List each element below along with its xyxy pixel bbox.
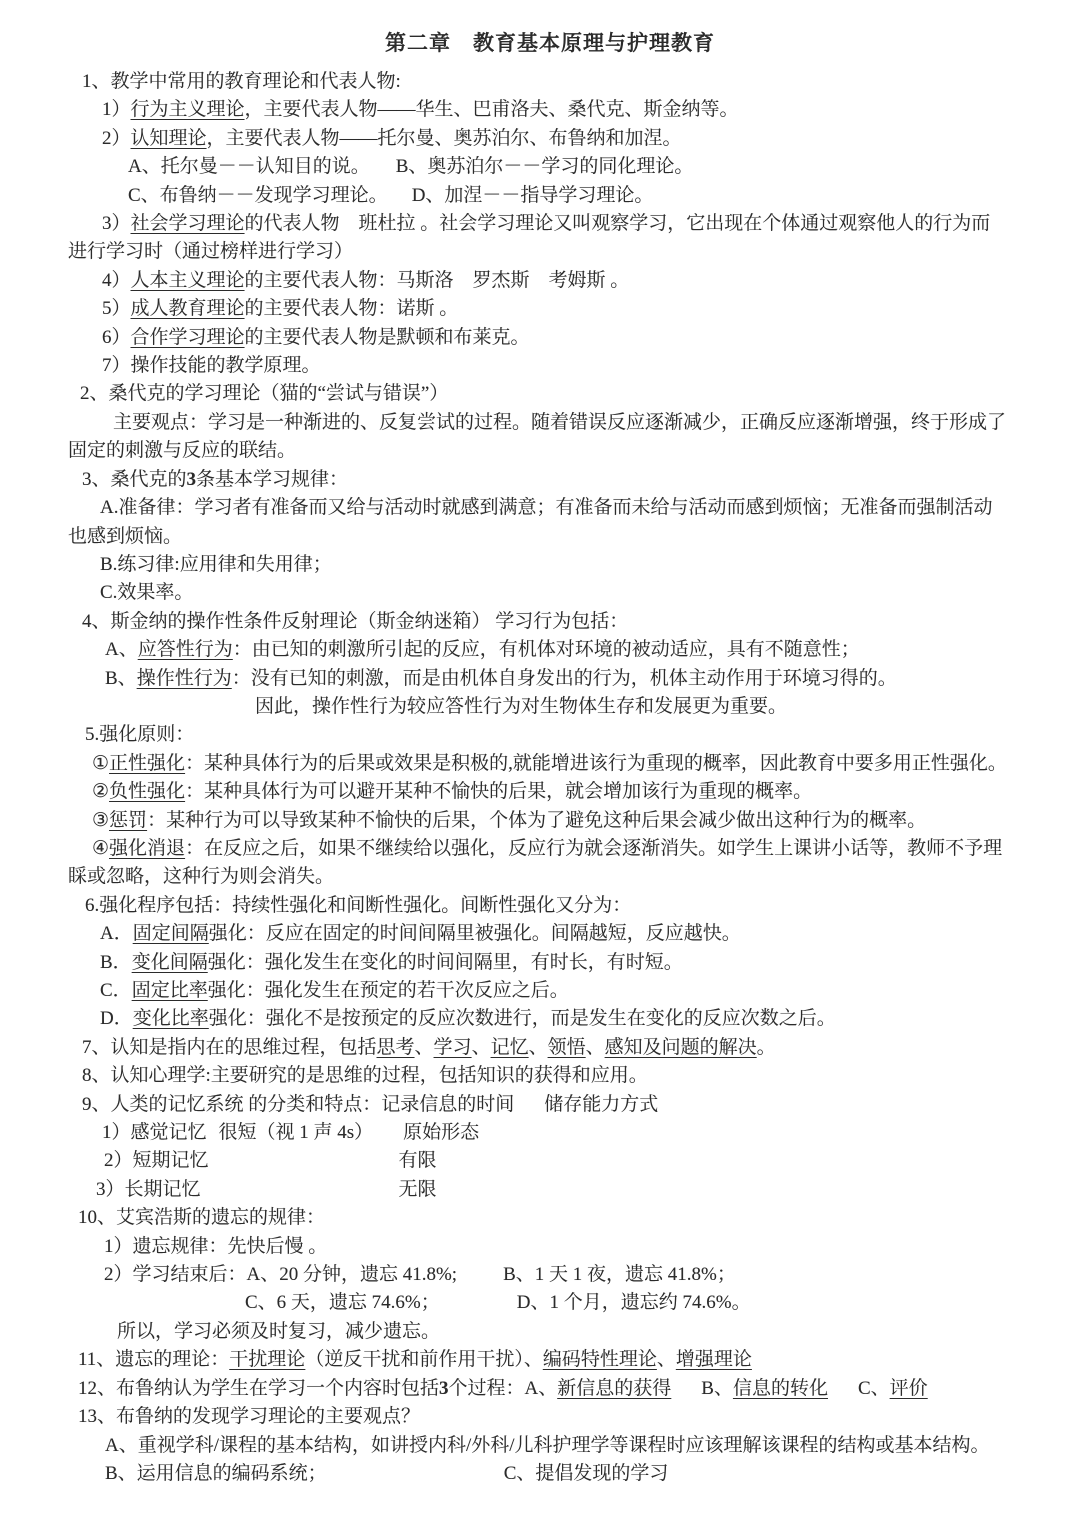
underlined-term: 评价: [890, 1375, 928, 1403]
text-segment: 睬或忽略，这种行为则会消失。: [68, 863, 334, 891]
text-segment: 所以，学习必须及时复习，减少遗忘。: [117, 1318, 440, 1346]
text-segment: 的主要代表人物：诺斯 。: [245, 295, 459, 323]
underlined-term: 思考: [377, 1034, 415, 1062]
text-segment: ，主要代表人物——托尔曼、奥苏泊尔、布鲁纳和加涅。: [207, 125, 682, 153]
underlined-term: 正性强化: [109, 750, 185, 778]
text-line: 睬或忽略，这种行为则会消失。: [68, 863, 1032, 891]
text-segment: B.练习律:应用律和失用律；: [100, 551, 332, 579]
text-segment: D、加涅－－指导学习理论。: [412, 182, 654, 210]
text-line: B、运用信息的编码系统；C、提倡发现的学习: [68, 1460, 1032, 1488]
text-line: 因此，操作性行为较应答性行为对生物体生存和发展更为重要。: [68, 693, 1032, 721]
underlined-term: 干扰理论: [229, 1346, 305, 1374]
underlined-term: 应答性行为: [138, 636, 233, 664]
text-segment: 12、布鲁纳认为学生在学习一个内容时包括: [78, 1375, 439, 1403]
text-segment: A．: [100, 920, 133, 948]
text-line: 3）长期记忆无限: [68, 1176, 1032, 1204]
text-line: 进行学习时（通过榜样进行学习）: [68, 238, 1032, 266]
underlined-term: 编码特性理论: [543, 1346, 657, 1374]
text-segment: 的主要代表人物是默顿和布莱克。: [245, 324, 530, 352]
text-line: C、布鲁纳－－发现学习理论。D、加涅－－指导学习理论。: [68, 182, 1032, 210]
text-segment: 、: [415, 1034, 434, 1062]
text-segment: ：由已知的刺激所引起的反应，有机体对环境的被动适应，具有不随意性；: [233, 636, 860, 664]
underlined-term: 惩罚: [109, 807, 147, 835]
text-segment: 原始形态: [403, 1119, 479, 1147]
text-line: A．固定间隔强化：反应在固定的时间间隔里被强化。间隔越短，反应越快。: [68, 920, 1032, 948]
text-line: C．固定比率强化：强化发生在预定的若干次反应之后。: [68, 977, 1032, 1005]
text-segment: A、重视学科/课程的基本结构，如讲授内科/外科/儿科护理学等课程时应该理解该课程…: [105, 1432, 990, 1460]
text-line: 1、教学中常用的教育理论和代表人物:: [68, 68, 1032, 96]
underlined-term: 强化消退: [109, 835, 185, 863]
text-segment: 4）: [102, 267, 131, 295]
text-line: 2）短期记忆有限: [68, 1147, 1032, 1175]
text-segment: ，主要代表人物——华生、巴甫洛夫、桑代克、斯金纳等。: [245, 96, 739, 124]
text-segment: 5.强化原则：: [85, 721, 194, 749]
text-line: 2）学习结束后：A、20 分钟，遗忘 41.8%;B、1 天 1 夜，遗忘 41…: [68, 1261, 1032, 1289]
text-line: 9、人类的记忆系统 的分类和特点：记录信息的时间储存能力方式: [68, 1091, 1032, 1119]
text-segment: 、: [472, 1034, 491, 1062]
text-line: 1）遗忘规律：先快后慢 。: [68, 1233, 1032, 1261]
text-segment: 8、认知心理学:主要研究的是思维的过程，包括知识的获得和应用。: [82, 1062, 648, 1090]
text-line: 也感到烦恼。: [68, 523, 1032, 551]
text-segment: 1）: [102, 96, 131, 124]
underlined-term: 操作性行为: [137, 665, 232, 693]
text-segment: B．: [100, 949, 132, 977]
text-line: 13、布鲁纳的发现学习理论的主要观点？: [68, 1403, 1032, 1431]
text-line: 6）合作学习理论的主要代表人物是默顿和布莱克。: [68, 324, 1032, 352]
text-line: C.效果率。: [68, 579, 1032, 607]
underlined-term: 社会学习理论: [131, 210, 245, 238]
text-segment: 3: [439, 1375, 449, 1403]
text-segment: 2、桑代克的学习理论（猫的“尝试与错误”）: [80, 380, 448, 408]
text-segment: 4、斯金纳的操作性条件反射理论（斯金纳迷箱） 学习行为包括：: [82, 608, 628, 636]
text-segment: 强化：强化发生在变化的时间间隔里，有时长，有时短。: [208, 949, 683, 977]
text-segment: ：没有已知的刺激，而是由机体自身发出的行为，机体主动作用于环境习得的。: [232, 665, 897, 693]
underlined-term: 变化间隔: [132, 949, 208, 977]
text-segment: 主要观点：学习是一种渐进的、反复尝试的过程。随着错误反应逐渐减少，正确反应逐渐增…: [113, 409, 1006, 437]
text-segment: 3、桑代克的: [82, 466, 187, 494]
text-segment: C、提倡发现的学习: [504, 1460, 669, 1488]
text-line: 固定的刺激与反应的联结。: [68, 437, 1032, 465]
text-segment: A.准备律：学习者有准备而又给与活动时就感到满意；有准备而未给与活动而感到烦恼；…: [100, 494, 992, 522]
text-line: ②负性强化：某种具体行为可以避开某种不愉快的后果，就会增加该行为重现的概率。: [68, 778, 1032, 806]
text-segment: 7、认知是指内在的思维过程，包括: [82, 1034, 377, 1062]
text-segment: 很短（视 1 声 4s）: [219, 1119, 374, 1147]
underlined-term: 行为主义理论: [131, 96, 245, 124]
text-segment: 的代表人物 班杜拉 。社会学习理论又叫观察学习，它出现在个体通过观察他人的行为而: [245, 210, 991, 238]
text-segment: 2）短期记忆: [104, 1147, 209, 1175]
underlined-term: 增强理论: [676, 1346, 752, 1374]
text-segment: ④: [92, 835, 109, 863]
underlined-term: 认知理论: [131, 125, 207, 153]
text-segment: ：在反应之后，如果不继续给以强化，反应行为就会逐渐消失。如学生上课讲小话等，教师…: [185, 835, 1002, 863]
underlined-term: 固定间隔: [133, 920, 209, 948]
chapter-title: 第二章 教育基本原理与护理教育: [68, 26, 1032, 60]
text-line: 3、桑代克的 3 条基本学习规律：: [68, 466, 1032, 494]
text-line: 11、遗忘的理论：干扰理论（逆反干扰和前作用干扰）、编码特性理论、增强理论: [68, 1346, 1032, 1374]
text-line: 所以，学习必须及时复习，减少遗忘。: [68, 1318, 1032, 1346]
text-segment: 有限: [399, 1147, 437, 1175]
text-line: 4、斯金纳的操作性条件反射理论（斯金纳迷箱） 学习行为包括：: [68, 608, 1032, 636]
text-segment: 无限: [399, 1176, 437, 1204]
text-line: ①正性强化：某种具体行为的后果或效果是积极的,就能增进该行为重现的概率，因此教育…: [68, 750, 1032, 778]
text-segment: 13、布鲁纳的发现学习理论的主要观点？: [78, 1403, 420, 1431]
text-segment: 9、人类的记忆系统 的分类和特点：记录信息的时间: [82, 1091, 514, 1119]
text-line: 2）认知理论，主要代表人物——托尔曼、奥苏泊尔、布鲁纳和加涅。: [68, 125, 1032, 153]
text-line: B．变化间隔强化：强化发生在变化的时间间隔里，有时长，有时短。: [68, 949, 1032, 977]
text-line: A、应答性行为：由已知的刺激所引起的反应，有机体对环境的被动适应，具有不随意性；: [68, 636, 1032, 664]
text-segment: 储存能力方式: [544, 1091, 658, 1119]
text-segment: ②: [92, 778, 109, 806]
text-line: A、重视学科/课程的基本结构，如讲授内科/外科/儿科护理学等课程时应该理解该课程…: [68, 1432, 1032, 1460]
text-segment: B、: [701, 1375, 733, 1403]
text-segment: 1）感觉记忆: [102, 1119, 207, 1147]
text-line: A、托尔曼－－认知目的说。B、奥苏泊尔－－学习的同化理论。: [68, 153, 1032, 181]
text-segment: 。: [757, 1034, 776, 1062]
text-line: ③惩罚：某种行为可以导致某种不愉快的后果，个体为了避免这种后果会减少做出这种行为…: [68, 807, 1032, 835]
text-segment: A、: [105, 636, 138, 664]
text-line: 2、桑代克的学习理论（猫的“尝试与错误”）: [68, 380, 1032, 408]
text-segment: C、: [858, 1375, 890, 1403]
underlined-term: 人本主义理论: [131, 267, 245, 295]
text-line: C、6 天，遗忘 74.6%；D、1 个月，遗忘约 74.6%。: [68, 1289, 1032, 1317]
underlined-term: 合作学习理论: [131, 324, 245, 352]
text-line: 3）社会学习理论的代表人物 班杜拉 。社会学习理论又叫观察学习，它出现在个体通过…: [68, 210, 1032, 238]
text-segment: 1）遗忘规律：先快后慢 。: [104, 1233, 327, 1261]
underlined-term: 记忆: [491, 1034, 529, 1062]
text-segment: 3）: [102, 210, 131, 238]
text-segment: C、布鲁纳－－发现学习理论。: [128, 182, 388, 210]
text-segment: 条基本学习规律：: [196, 466, 348, 494]
text-segment: 因此，操作性行为较应答性行为对生物体生存和发展更为重要。: [255, 693, 787, 721]
text-segment: 7）操作技能的教学原理。: [102, 352, 321, 380]
text-segment: 5）: [102, 295, 131, 323]
text-segment: （逆反干扰和前作用干扰）、: [305, 1346, 543, 1374]
underlined-term: 感知及问题的解决: [605, 1034, 757, 1062]
text-segment: 11、遗忘的理论：: [78, 1346, 229, 1374]
text-segment: B、运用信息的编码系统；: [105, 1460, 327, 1488]
text-line: 10、艾宾浩斯的遗忘的规律：: [68, 1204, 1032, 1232]
text-segment: 2）学习结束后：A、20 分钟，遗忘 41.8%;: [104, 1261, 457, 1289]
text-line: 5.强化原则：: [68, 721, 1032, 749]
text-segment: 2）: [102, 125, 131, 153]
underlined-term: 固定比率: [132, 977, 208, 1005]
text-line: B.练习律:应用律和失用律；: [68, 551, 1032, 579]
text-segment: 1、教学中常用的教育理论和代表人物:: [82, 68, 401, 96]
text-segment: 个过程：A、: [449, 1375, 558, 1403]
text-segment: C、6 天，遗忘 74.6%；: [245, 1289, 440, 1317]
text-segment: 6）: [102, 324, 131, 352]
text-line: 4）人本主义理论的主要代表人物：马斯洛 罗杰斯 考姆斯 。: [68, 267, 1032, 295]
text-segment: C．: [100, 977, 132, 1005]
text-segment: B、: [105, 665, 137, 693]
text-segment: D．: [100, 1005, 133, 1033]
text-segment: 6.强化程序包括：持续性强化和间断性强化。间断性强化又分为：: [85, 892, 631, 920]
text-line: 7、认知是指内在的思维过程，包括思考、学习、记忆、领悟、感知及问题的解决。: [68, 1034, 1032, 1062]
text-segment: B、1 天 1 夜，遗忘 41.8%；: [503, 1261, 736, 1289]
underlined-term: 负性强化: [109, 778, 185, 806]
text-segment: 固定的刺激与反应的联结。: [68, 437, 296, 465]
text-line: 5）成人教育理论的主要代表人物：诺斯 。: [68, 295, 1032, 323]
text-line: 6.强化程序包括：持续性强化和间断性强化。间断性强化又分为：: [68, 892, 1032, 920]
underlined-term: 新信息的获得: [557, 1375, 671, 1403]
text-line: 7）操作技能的教学原理。: [68, 352, 1032, 380]
text-line: 8、认知心理学:主要研究的是思维的过程，包括知识的获得和应用。: [68, 1062, 1032, 1090]
text-segment: 、: [529, 1034, 548, 1062]
text-segment: C.效果率。: [100, 579, 193, 607]
underlined-term: 成人教育理论: [131, 295, 245, 323]
document-lines: 1、教学中常用的教育理论和代表人物:1）行为主义理论，主要代表人物——华生、巴甫…: [68, 68, 1032, 1488]
text-segment: ①: [92, 750, 109, 778]
text-segment: D、1 个月，遗忘约 74.6%。: [517, 1289, 751, 1317]
text-segment: 3: [187, 466, 197, 494]
text-segment: ：某种具体行为可以避开某种不愉快的后果，就会增加该行为重现的概率。: [185, 778, 812, 806]
underlined-term: 学习: [434, 1034, 472, 1062]
text-segment: 3）长期记忆: [96, 1176, 201, 1204]
text-segment: 进行学习时（通过榜样进行学习）: [68, 238, 353, 266]
text-segment: ：某种行为可以导致某种不愉快的后果，个体为了避免这种后果会减少做出这种行为的概率…: [147, 807, 926, 835]
text-line: 1）感觉记忆很短（视 1 声 4s）原始形态: [68, 1119, 1032, 1147]
text-line: 1）行为主义理论，主要代表人物——华生、巴甫洛夫、桑代克、斯金纳等。: [68, 96, 1032, 124]
text-line: D．变化比率强化：强化不是按预定的反应次数进行，而是发生在变化的反应次数之后。: [68, 1005, 1032, 1033]
text-line: A.准备律：学习者有准备而又给与活动时就感到满意；有准备而未给与活动而感到烦恼；…: [68, 494, 1032, 522]
text-segment: ③: [92, 807, 109, 835]
text-segment: 强化：强化发生在预定的若干次反应之后。: [208, 977, 569, 1005]
text-line: 主要观点：学习是一种渐进的、反复尝试的过程。随着错误反应逐渐减少，正确反应逐渐增…: [68, 409, 1032, 437]
text-segment: 、: [586, 1034, 605, 1062]
text-line: ④强化消退：在反应之后，如果不继续给以强化，反应行为就会逐渐消失。如学生上课讲小…: [68, 835, 1032, 863]
text-segment: 的主要代表人物：马斯洛 罗杰斯 考姆斯 。: [245, 267, 630, 295]
document-page: 第二章 教育基本原理与护理教育 1、教学中常用的教育理论和代表人物:1）行为主义…: [0, 0, 1080, 1528]
text-segment: B、奥苏泊尔－－学习的同化理论。: [396, 153, 694, 181]
underlined-term: 变化比率: [133, 1005, 209, 1033]
text-segment: 强化：反应在固定的时间间隔里被强化。间隔越短，反应越快。: [209, 920, 741, 948]
text-segment: ：某种具体行为的后果或效果是积极的,就能增进该行为重现的概率，因此教育中要多用正…: [185, 750, 1007, 778]
underlined-term: 信息的转化: [733, 1375, 828, 1403]
underlined-term: 领悟: [548, 1034, 586, 1062]
text-segment: A、托尔曼－－认知目的说。: [128, 153, 370, 181]
text-line: 12、布鲁纳认为学生在学习一个内容时包括 3 个过程：A、新信息的获得B、信息的…: [68, 1375, 1032, 1403]
text-segment: 强化：强化不是按预定的反应次数进行，而是发生在变化的反应次数之后。: [209, 1005, 836, 1033]
text-segment: 10、艾宾浩斯的遗忘的规律：: [78, 1204, 325, 1232]
text-line: B、操作性行为：没有已知的刺激，而是由机体自身发出的行为，机体主动作用于环境习得…: [68, 665, 1032, 693]
text-segment: 也感到烦恼。: [68, 523, 182, 551]
text-segment: 、: [657, 1346, 676, 1374]
